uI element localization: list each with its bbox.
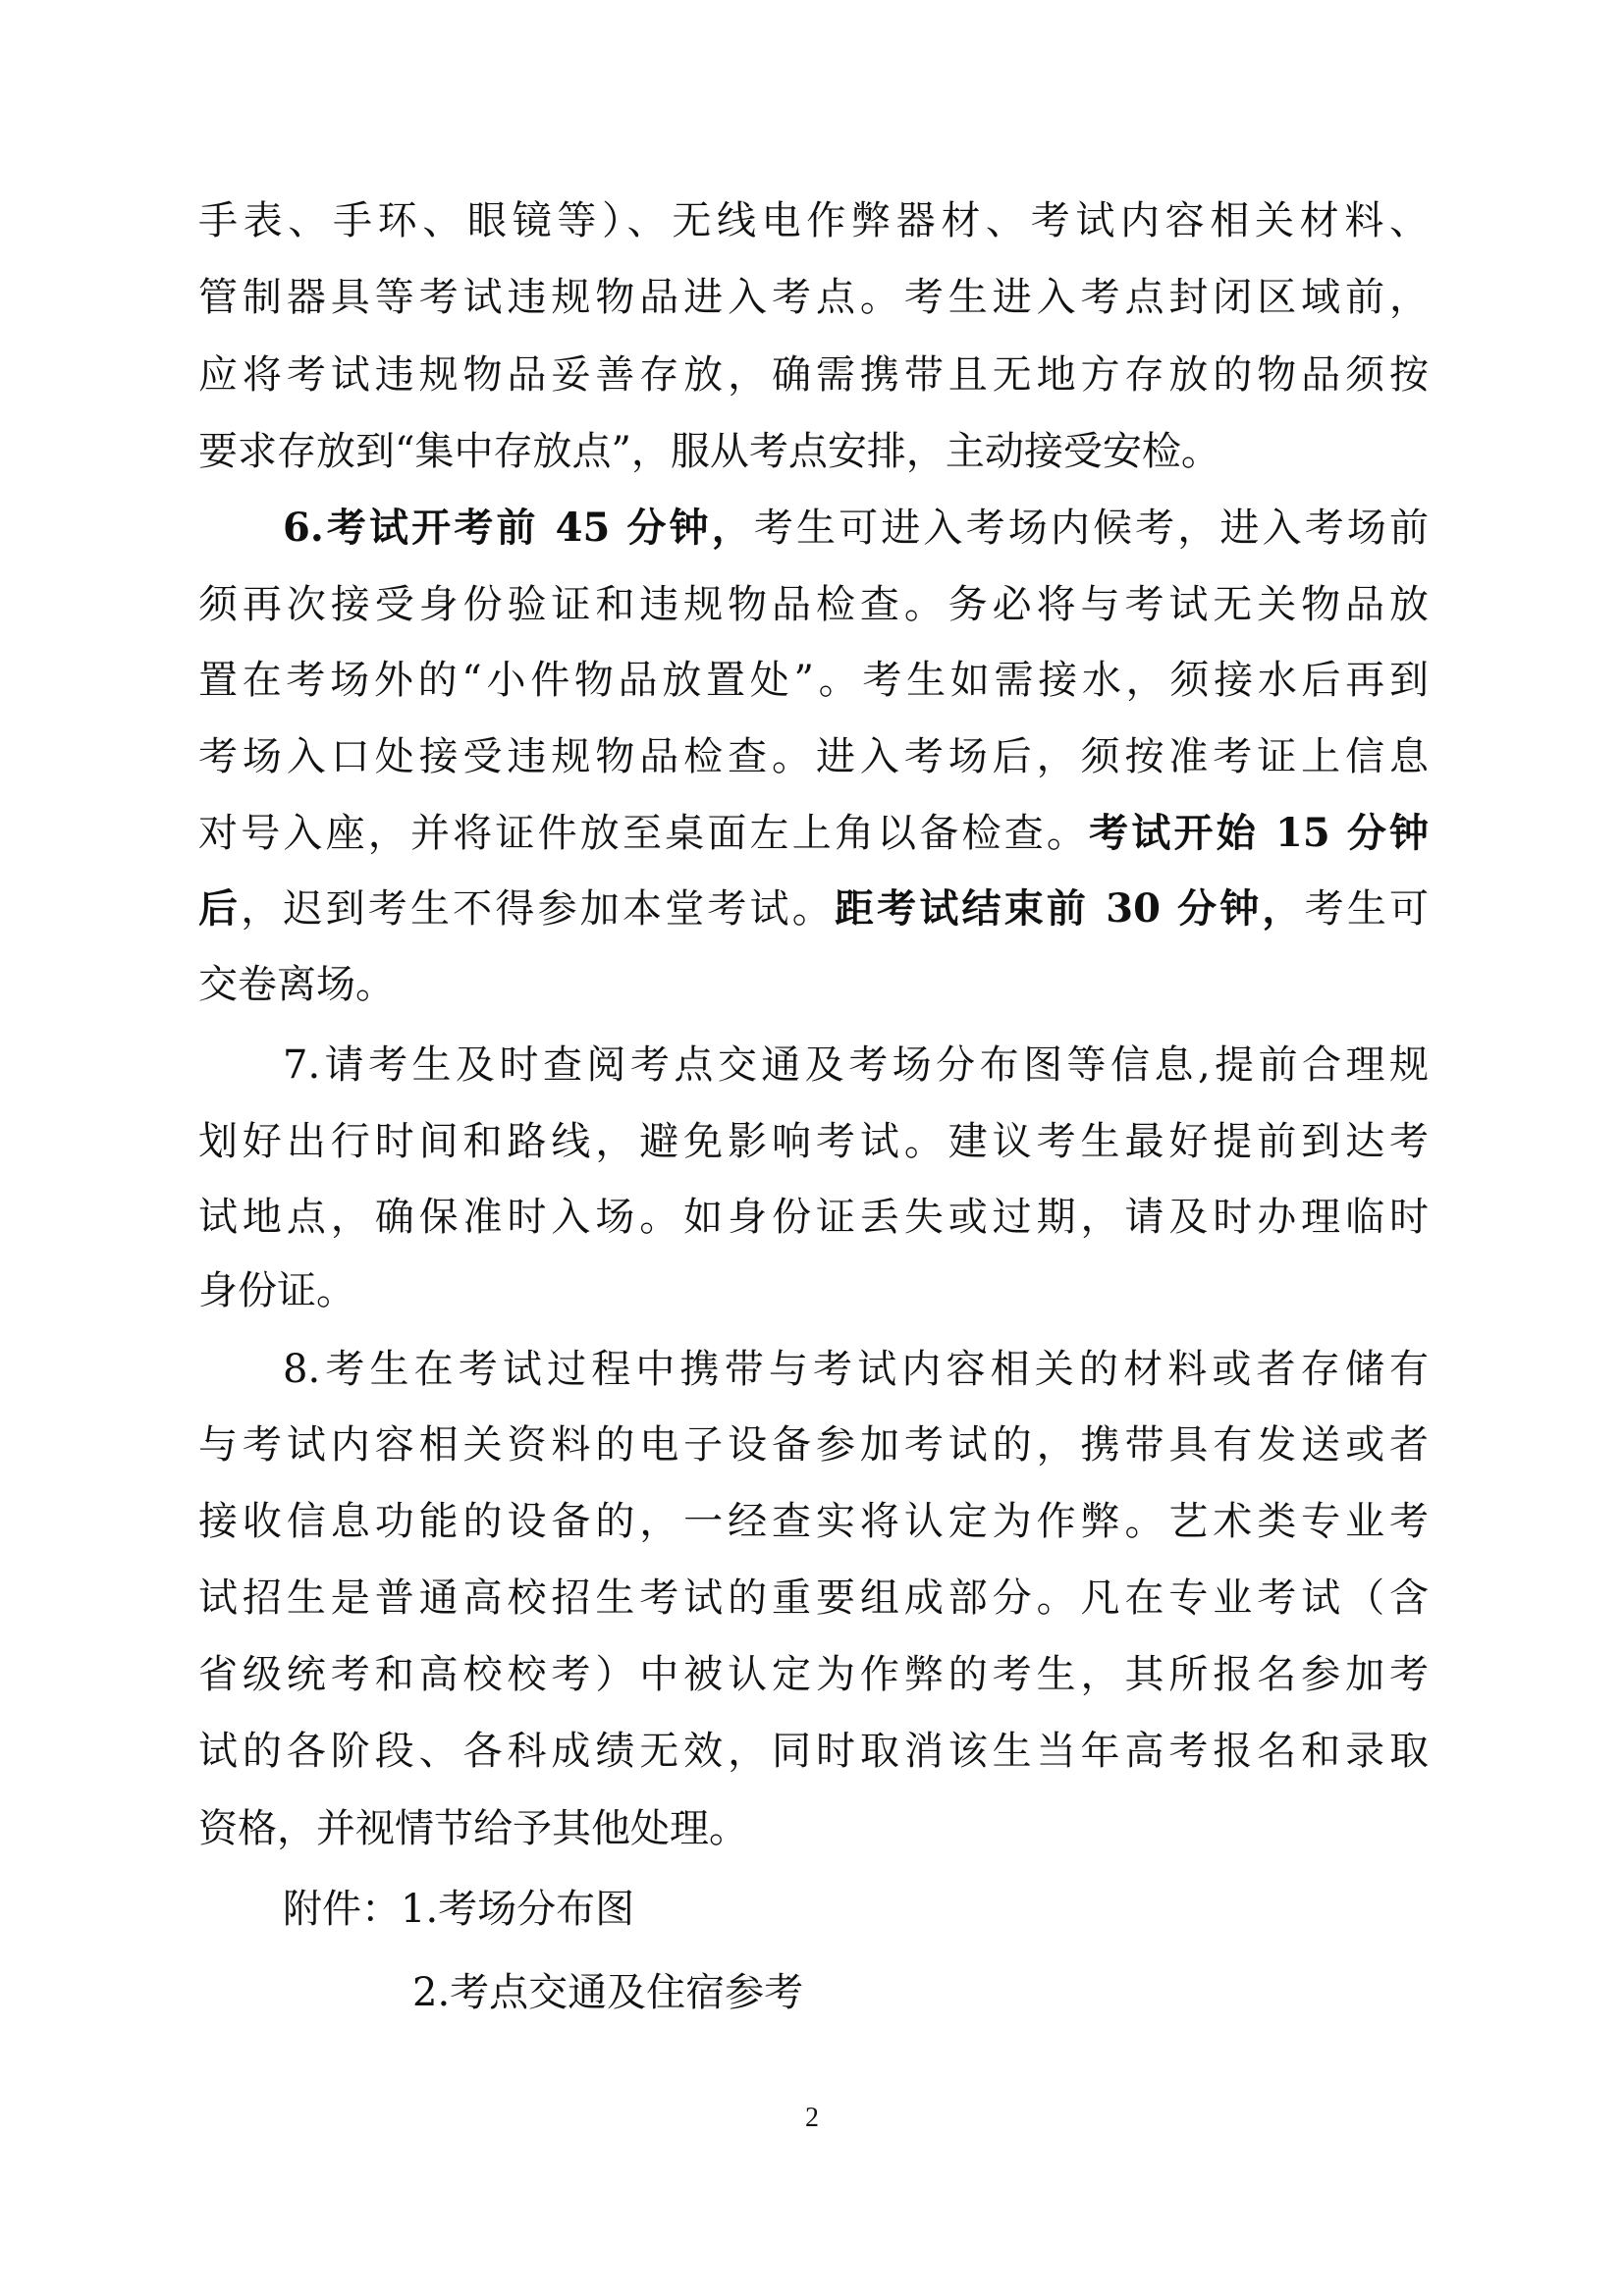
text-segment: 要求存放到“集中存放点”，服从考点安排，主动接受安检。 [198,429,1220,474]
text-line: 考场入口处接受违规物品检查。进入考场后，须按准考证上信息 [198,732,1429,781]
bold-text-segment: 6.考试开考前 45 分钟， [283,505,754,551]
text-segment: 身份证。 [198,1268,355,1313]
text-line: 资格，并视情节给予其他处理。 [198,1804,1429,1853]
bold-text-segment: 距考试结束前 30 分钟， [835,885,1305,932]
text-segment: 置在考场外的“小件物品放置处”。考生如需接水，须接水后再到 [198,658,1429,703]
text-segment: 2.考点交通及住宿参考 [412,1970,803,2015]
text-segment: 划好出行时间和路线，避免影响考试。建议考生最好提前到达考 [198,1119,1429,1164]
text-segment: 接收信息功能的设备的，一经查实将认定为作弊。艺术类专业考 [198,1499,1429,1544]
text-line: 应将考试违规物品妥善存放，确需携带且无地方存放的物品须按 [198,350,1429,400]
text-line: 试地点，确保准时入场。如身份证丢失或过期，请及时办理临时 [198,1193,1429,1242]
text-line: 7.请考生及时查阅考点交通及考场分布图等信息,提前合理规 [283,1041,1429,1090]
text-segment: 手表、手环、眼镜等）、无线电作弊器材、考试内容相关材料、 [198,198,1429,243]
text-segment: 8.考生在考试过程中携带与考试内容相关的材料或者存储有 [283,1347,1429,1392]
document-page: 手表、手环、眼镜等）、无线电作弊器材、考试内容相关材料、管制器具等考试违规物品进… [0,0,1624,2296]
text-segment: 管制器具等考试违规物品进入考点。考生进入考点封闭区域前， [198,275,1429,320]
bold-text-segment: 后 [198,885,241,932]
text-segment: ，迟到考生不得参加本堂考试。 [241,886,835,932]
text-line: 交卷离场。 [198,960,1429,1009]
text-line: 要求存放到“集中存放点”，服从考点安排，主动接受安检。 [198,427,1429,476]
text-line: 与考试内容相关资料的电子设备参加考试的，携带具有发送或者 [198,1420,1429,1469]
text-segment: 与考试内容相关资料的电子设备参加考试的，携带具有发送或者 [198,1422,1429,1468]
text-segment: 试的各阶段、各科成绩无效，同时取消该生当年高考报名和录取 [198,1729,1429,1774]
text-line: 试招生是普通高校招生考试的重要组成部分。凡在专业考试（含 [198,1574,1429,1623]
text-line: 须再次接受身份验证和违规物品检查。务必将与考试无关物品放 [198,580,1429,629]
text-line: 试的各阶段、各科成绩无效，同时取消该生当年高考报名和录取 [198,1727,1429,1776]
text-segment: 应将考试违规物品妥善存放，确需携带且无地方存放的物品须按 [198,352,1429,398]
text-line: 划好出行时间和路线，避免影响考试。建议考生最好提前到达考 [198,1117,1429,1166]
text-line: 接收信息功能的设备的，一经查实将认定为作弊。艺术类专业考 [198,1497,1429,1546]
text-segment: 考生可进入考场内候考，进入考场前 [754,506,1429,551]
page-number: 2 [800,2101,824,2136]
text-line: 身份证。 [198,1266,1429,1315]
text-segment: 试地点，确保准时入场。如身份证丢失或过期，请及时办理临时 [198,1195,1429,1240]
text-segment: 须再次接受身份验证和违规物品检查。务必将与考试无关物品放 [198,582,1429,627]
text-segment: 省级统考和高校校考）中被认定为作弊的考生，其所报名参加考 [198,1652,1429,1697]
text-segment: 考场入口处接受违规物品检查。进入考场后，须按准考证上信息 [198,734,1429,779]
text-segment: 考生可 [1305,886,1429,932]
text-segment: 资格，并视情节给予其他处理。 [198,1806,748,1851]
text-line: 置在考场外的“小件物品放置处”。考生如需接水，须接水后再到 [198,656,1429,705]
text-line: 6.考试开考前 45 分钟，考生可进入考场内候考，进入考场前 [283,504,1429,553]
text-segment: 7.请考生及时查阅考点交通及考场分布图等信息,提前合理规 [283,1042,1429,1088]
text-line: 管制器具等考试违规物品进入考点。考生进入考点封闭区域前， [198,273,1429,322]
bold-text-segment: 考试开始 15 分钟 [1089,810,1429,856]
text-line: 省级统考和高校校考）中被认定为作弊的考生，其所报名参加考 [198,1650,1429,1699]
text-segment: 对号入座，并将证件放至桌面左上角以备检查。 [198,811,1089,856]
text-line: 8.考生在考试过程中携带与考试内容相关的材料或者存储有 [283,1345,1429,1394]
text-segment: 交卷离场。 [198,962,395,1007]
text-line: 对号入座，并将证件放至桌面左上角以备检查。考试开始 15 分钟 [198,809,1429,858]
text-line: 2.考点交通及住宿参考 [412,1968,1429,2017]
text-segment: 试招生是普通高校招生考试的重要组成部分。凡在专业考试（含 [198,1575,1429,1621]
text-line: 后，迟到考生不得参加本堂考试。距考试结束前 30 分钟，考生可 [198,884,1429,934]
text-line: 手表、手环、眼镜等）、无线电作弊器材、考试内容相关材料、 [198,196,1429,245]
text-line: 附件：1.考场分布图 [283,1885,1429,1934]
text-segment: 附件：1.考场分布图 [283,1887,634,1932]
